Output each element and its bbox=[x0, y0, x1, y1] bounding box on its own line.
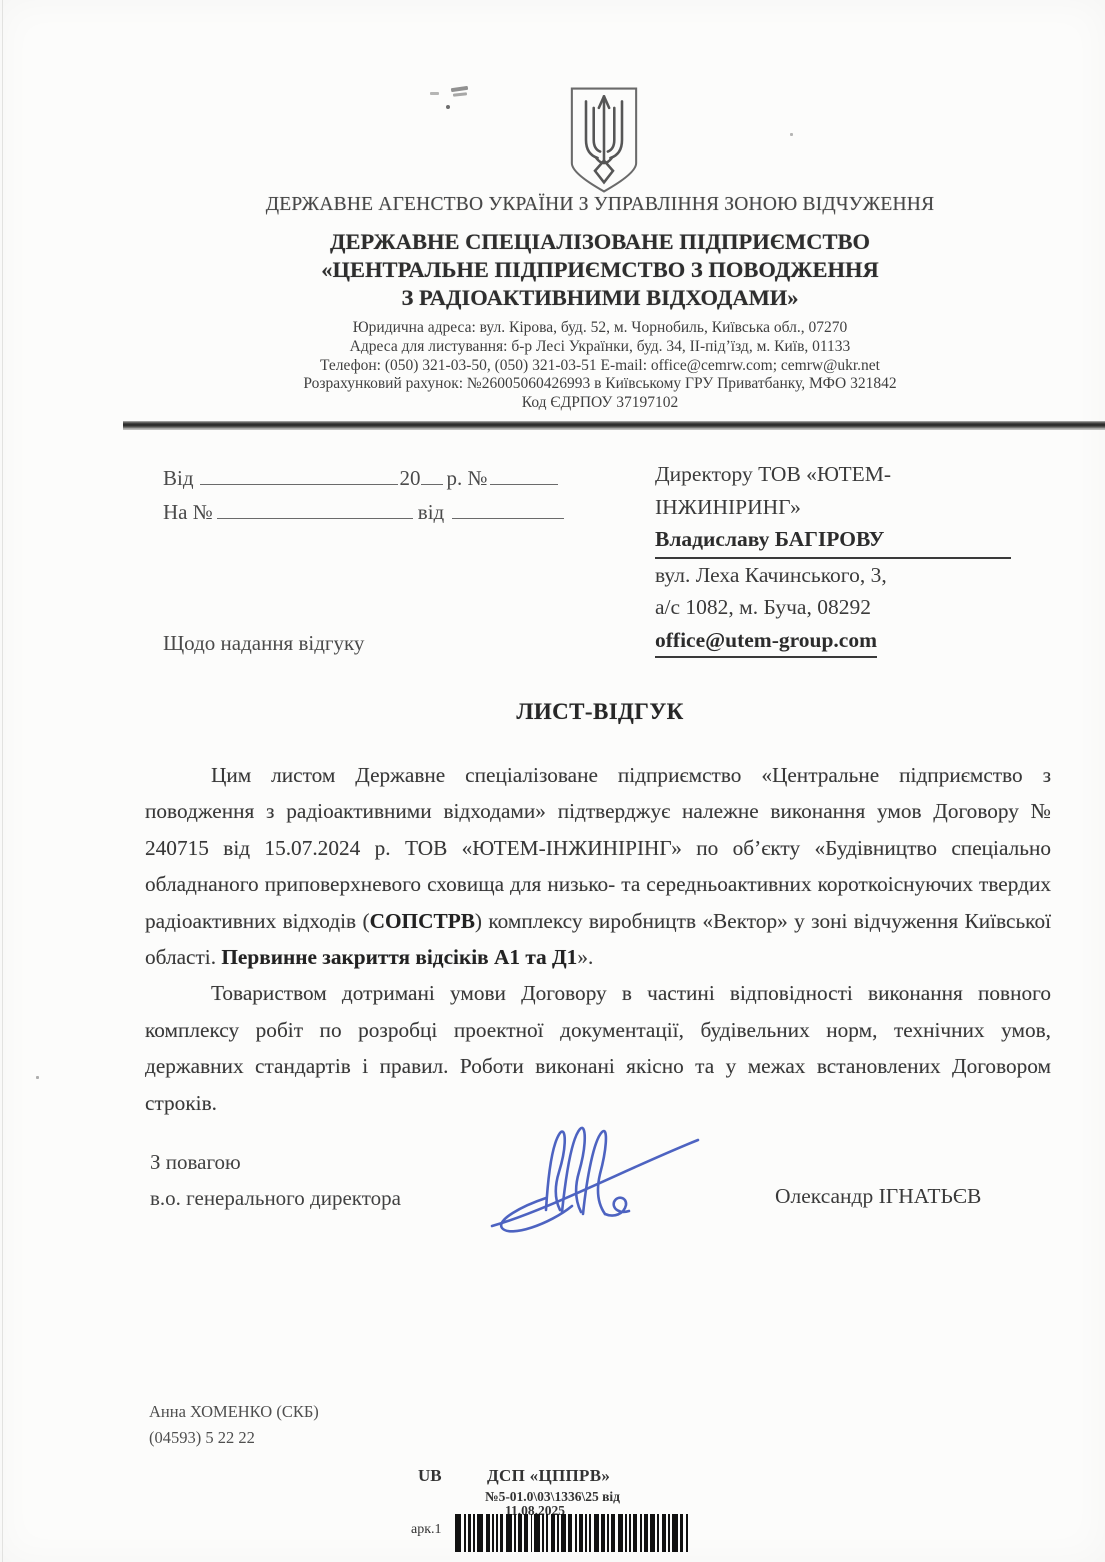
reply-from-label: від bbox=[418, 500, 444, 524]
recipient-name: Владиславу БАГІРОВУ bbox=[655, 523, 1011, 559]
executor-phone: (04593) 5 22 22 bbox=[149, 1425, 319, 1451]
scan-speck bbox=[451, 86, 468, 92]
stamp-ub-code: UB bbox=[418, 1466, 442, 1486]
ukraine-trident-emblem bbox=[564, 86, 644, 194]
phone-email: Телефон: (050) 321-03-50, (050) 321-03-5… bbox=[95, 357, 1105, 376]
edrpou-code: Код ЄДРПОУ 37197102 bbox=[95, 394, 1105, 413]
p1-bold-sopstrv: СОПСТРВ bbox=[370, 909, 475, 933]
subject-line: Щодо надання відгуку bbox=[163, 631, 364, 656]
executor-name: Анна ХОМЕНКО (СКБ) bbox=[149, 1399, 319, 1425]
barcode bbox=[455, 1514, 703, 1552]
header-divider-rule bbox=[123, 421, 1105, 430]
organization-line-2: «ЦЕНТРАЛЬНЕ ПІДПРИЄМСТВО З ПОВОДЖЕННЯ bbox=[95, 256, 1105, 284]
p1-text: ». bbox=[577, 945, 593, 969]
organization-line-3: З РАДІОАКТИВНИМИ ВІДХОДАМИ» bbox=[95, 284, 1105, 312]
letter-title: ЛИСТ-ВІДГУК bbox=[95, 699, 1105, 725]
body-paragraph-2: Товариством дотримані умови Договору в ч… bbox=[145, 975, 1051, 1121]
agency-name: ДЕРЖАВНЕ АГЕНСТВО УКРАЇНИ З УПРАВЛІННЯ З… bbox=[95, 194, 1105, 216]
ref-number-label: р. № bbox=[447, 466, 488, 490]
ref-number-blank bbox=[490, 462, 558, 485]
signer-name: Олександр ІГНАТЬЄВ bbox=[775, 1184, 981, 1209]
organization-line-1: ДЕРЖАВНЕ СПЕЦІАЛІЗОВАНЕ ПІДПРИЄМСТВО bbox=[95, 228, 1105, 256]
signoff-regards: З повагою bbox=[150, 1150, 241, 1175]
scan-speck bbox=[430, 92, 439, 95]
recipient-block: Директору ТОВ «ЮТЕМ- ІНЖИНІРИНГ» Владисл… bbox=[655, 458, 1025, 658]
recipient-email: office@utem-group.com bbox=[655, 624, 877, 659]
mailing-address: Адреса для листування: б-р Лесі Українки… bbox=[95, 338, 1105, 357]
bank-account: Розрахунковий рахунок: №26005060426993 в… bbox=[95, 375, 1105, 394]
ref-date-blank bbox=[200, 462, 398, 485]
recipient-city: а/с 1082, м. Буча, 08292 bbox=[655, 591, 1025, 624]
reply-number-blank bbox=[217, 496, 413, 519]
executor-block: Анна ХОМЕНКО (СКБ) (04593) 5 22 22 bbox=[149, 1399, 319, 1451]
handwritten-signature bbox=[488, 1112, 703, 1244]
incoming-ref-line: На №від bbox=[163, 495, 564, 529]
reply-date-blank bbox=[452, 496, 564, 519]
body-paragraph-1: Цим листом Державне спеціалізоване підпр… bbox=[145, 757, 1051, 975]
p1-text: Цим листом Державне спеціалізоване підпр… bbox=[145, 763, 1051, 933]
scan-speck bbox=[790, 133, 793, 136]
organization-name: ДЕРЖАВНЕ СПЕЦІАЛІЗОВАНЕ ПІДПРИЄМСТВО «ЦЕ… bbox=[95, 228, 1105, 312]
letter-body: Цим листом Державне спеціалізоване підпр… bbox=[145, 757, 1051, 1121]
ref-year-blank bbox=[421, 462, 443, 485]
p1-bold-closure: Первинне закриття відсіків А1 та Д1 bbox=[221, 945, 577, 969]
scan-speck bbox=[36, 1076, 39, 1079]
legal-address: Юридична адреса: вул. Кірова, буд. 52, м… bbox=[95, 319, 1105, 338]
scanned-letter-page: ДЕРЖАВНЕ АГЕНСТВО УКРАЇНИ З УПРАВЛІННЯ З… bbox=[0, 0, 1105, 1562]
recipient-title-line1: Директору ТОВ «ЮТЕМ- bbox=[655, 458, 1025, 491]
reply-label: На № bbox=[163, 500, 213, 524]
signoff-position: в.о. генерального директора bbox=[150, 1186, 401, 1211]
outgoing-ref-line: Від20р. № bbox=[163, 461, 564, 495]
scan-edge-artifact bbox=[2, 0, 3, 1562]
reference-block: Від20р. № На №від bbox=[163, 461, 564, 529]
recipient-title-line2: ІНЖИНІРИНГ» bbox=[655, 491, 1025, 524]
ref-from-label: Від bbox=[163, 466, 194, 490]
organization-contacts: Юридична адреса: вул. Кірова, буд. 52, м… bbox=[95, 319, 1105, 413]
scan-speck bbox=[453, 92, 467, 96]
sheet-number: арк.1 bbox=[411, 1522, 442, 1538]
ref-year-label: 20 bbox=[400, 466, 421, 490]
scan-speck bbox=[446, 105, 450, 109]
stamp-org-abbrev: ДСП «ЦППРВ» bbox=[487, 1466, 610, 1486]
recipient-street: вул. Леха Качинського, 3, bbox=[655, 559, 1025, 592]
